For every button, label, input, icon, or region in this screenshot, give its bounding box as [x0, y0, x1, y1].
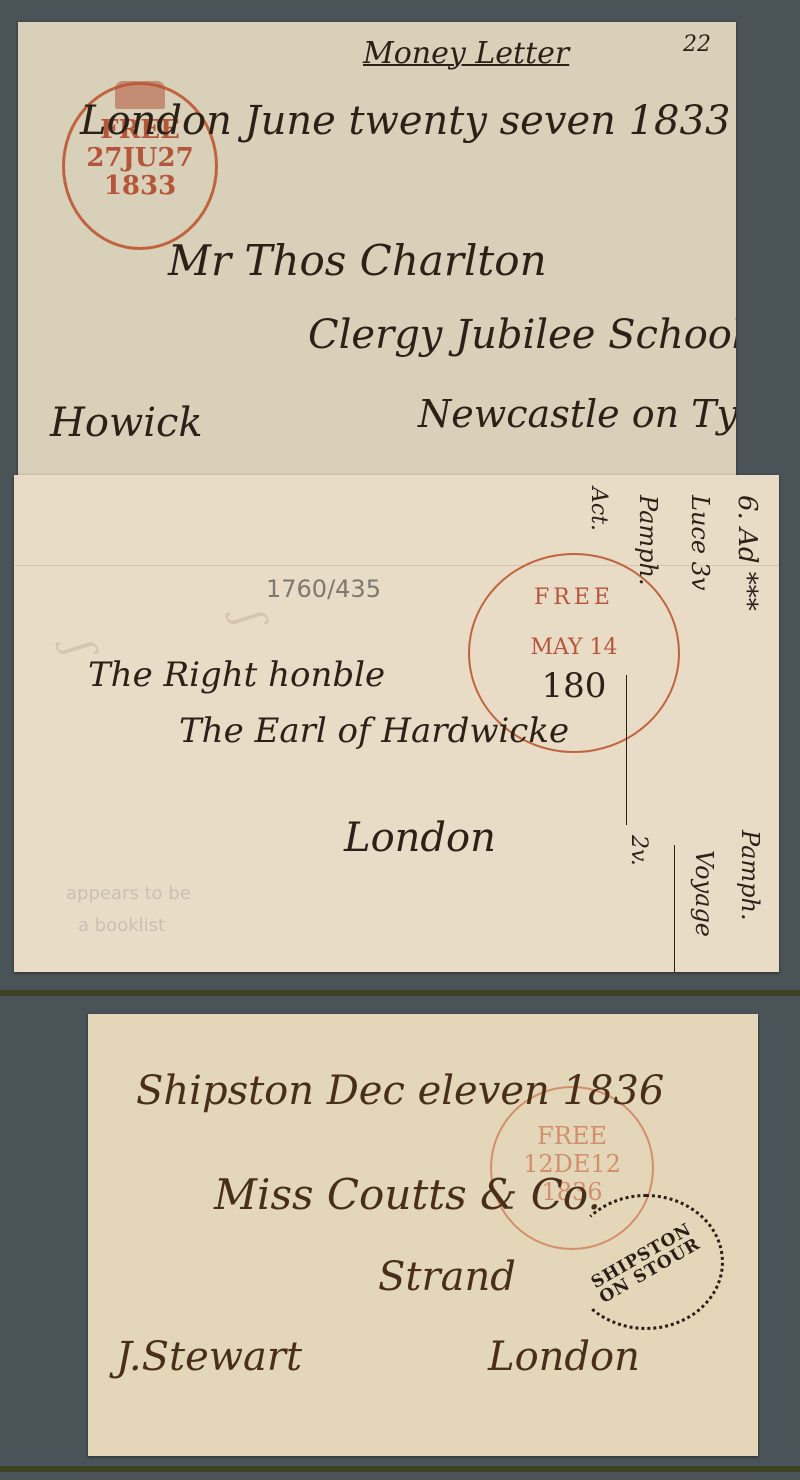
address-line-2: The Earl of Hardwicke — [179, 711, 569, 751]
pencil-reference: 1760/435 — [266, 575, 381, 603]
postmark-line-free: FREE — [470, 587, 678, 609]
corner-number: 22 — [683, 32, 711, 57]
address-line-3: London — [344, 815, 496, 861]
fold-line — [14, 565, 779, 566]
vertical-rule — [626, 675, 627, 825]
address-line-1: The Right honble — [88, 655, 385, 695]
vertical-note-1: 6. Ad *** — [732, 495, 762, 611]
vertical-note-3: Pamph. — [634, 495, 662, 586]
header-note: Money Letter — [363, 36, 569, 71]
cover-shipston-1836: FREE 12DE12 1836 SHIPSTON ON STOUR Ships… — [88, 1014, 758, 1456]
postmark-line-date: MAY 14 — [470, 637, 678, 659]
address-line-1: Mr Thos Charlton — [168, 236, 547, 285]
bleed-through-text: ʃ — [226, 605, 273, 631]
address-line-2: Strand — [378, 1254, 516, 1300]
pencil-note-2: a booklist — [78, 915, 165, 936]
signature: J.Stewart — [116, 1334, 302, 1380]
postmark-line-free: FREE — [492, 1124, 652, 1148]
album-band-top — [0, 990, 800, 996]
vertical-note-7: 2v. — [626, 835, 651, 866]
address-line-2: Clergy Jubilee School — [308, 312, 736, 358]
cover-earl-of-hardwicke: ʃ ʃ 1760/435 FREE MAY 14 180 The Right h… — [14, 475, 779, 972]
vertical-note-2: Luce 3v — [686, 495, 714, 591]
vertical-note-5: Pamph. — [736, 830, 764, 921]
vertical-note-4: Act. — [586, 487, 611, 531]
pencil-note-1: appears to be — [66, 883, 191, 904]
postmark-line-date: 27JU27 — [65, 145, 215, 171]
address-line-3: Newcastle on Tyne — [418, 392, 736, 436]
signature: Howick — [50, 400, 203, 446]
dateline: Shipston Dec eleven 1836 — [136, 1068, 664, 1114]
postmark-line-year: 180 — [470, 669, 678, 703]
address-line-1: Miss Coutts & Co. — [214, 1170, 601, 1219]
album-band-bottom — [0, 1466, 800, 1472]
postmark-town-text: SHIPSTON ON STOUR — [573, 1212, 720, 1316]
vertical-note-6: Voyage — [690, 850, 718, 937]
postmark-line-year: 1833 — [65, 173, 215, 199]
vertical-rule — [674, 845, 675, 972]
address-line-3: London — [488, 1334, 640, 1380]
dateline: London June twenty seven 1833 — [80, 98, 730, 144]
cover-money-letter-1833: Money Letter 22 FREE 27JU27 1833 London … — [18, 22, 736, 480]
